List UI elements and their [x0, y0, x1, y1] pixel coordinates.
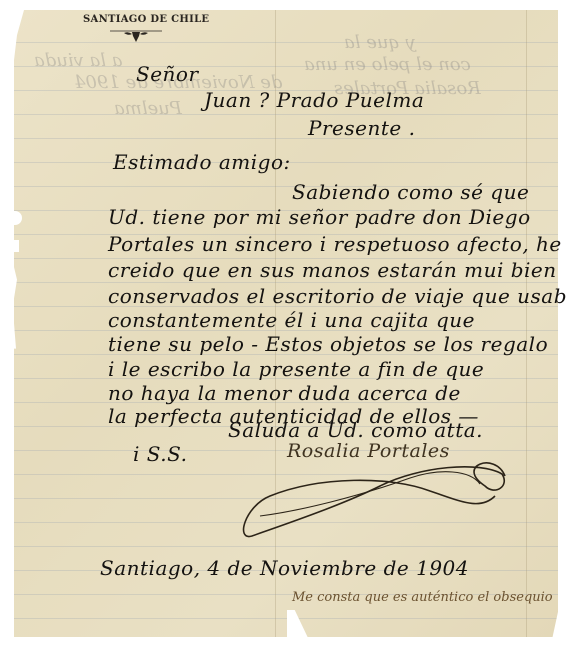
presente-line: Presente .	[308, 116, 415, 140]
ruled-line	[14, 138, 558, 139]
body-line: constantemente él i una cajita que	[108, 308, 475, 332]
bleed-through-text: Puelma	[114, 98, 182, 119]
authenticity-annotation: Me consta que es auténtico el obsequio	[292, 590, 553, 605]
ruled-line	[14, 282, 558, 283]
ruled-line	[14, 546, 558, 547]
signature-flourish	[240, 456, 520, 546]
ruled-line	[14, 114, 558, 115]
closing-line: Saluda a Ud. como atta.	[228, 418, 483, 442]
letterhead-title: SANTIAGO DE CHILE	[83, 14, 209, 25]
ruled-line	[14, 618, 558, 619]
greeting: Estimado amigo:	[113, 150, 291, 174]
body-line: tiene su pelo - Estos objetos se los reg…	[108, 332, 548, 356]
closing-initials: i S.S.	[133, 442, 187, 466]
bleed-through-text: con el pelo en una	[304, 54, 471, 75]
bleed-through-text: a la viuda	[34, 50, 122, 71]
ruled-line	[14, 450, 558, 451]
bleed-through-text: y que la	[344, 32, 416, 53]
crest-ornament-icon	[110, 29, 162, 43]
salutation-title: Señor	[136, 62, 199, 86]
edge-notch	[10, 240, 19, 252]
body-line: i le escribo la presente a fin de que	[108, 357, 484, 381]
body-line: no haya la menor duda acerca de	[108, 381, 461, 405]
body-line: creido que en sus manos estarán mui bien	[108, 258, 557, 282]
body-line: conservados el escritorio de viaje que u…	[108, 284, 566, 308]
fold-crease	[526, 10, 527, 637]
body-line: Ud. tiene por mi señor padre don Diego	[108, 205, 531, 229]
ruled-line	[14, 42, 558, 43]
recipient-name: Juan ? Prado Puelma	[204, 88, 424, 112]
body-line: Portales un sincero i respetuoso afecto,…	[108, 232, 562, 256]
place-date: Santiago, 4 de Noviembre de 1904	[100, 556, 469, 580]
body-line: Sabiendo como sé que	[292, 180, 529, 204]
